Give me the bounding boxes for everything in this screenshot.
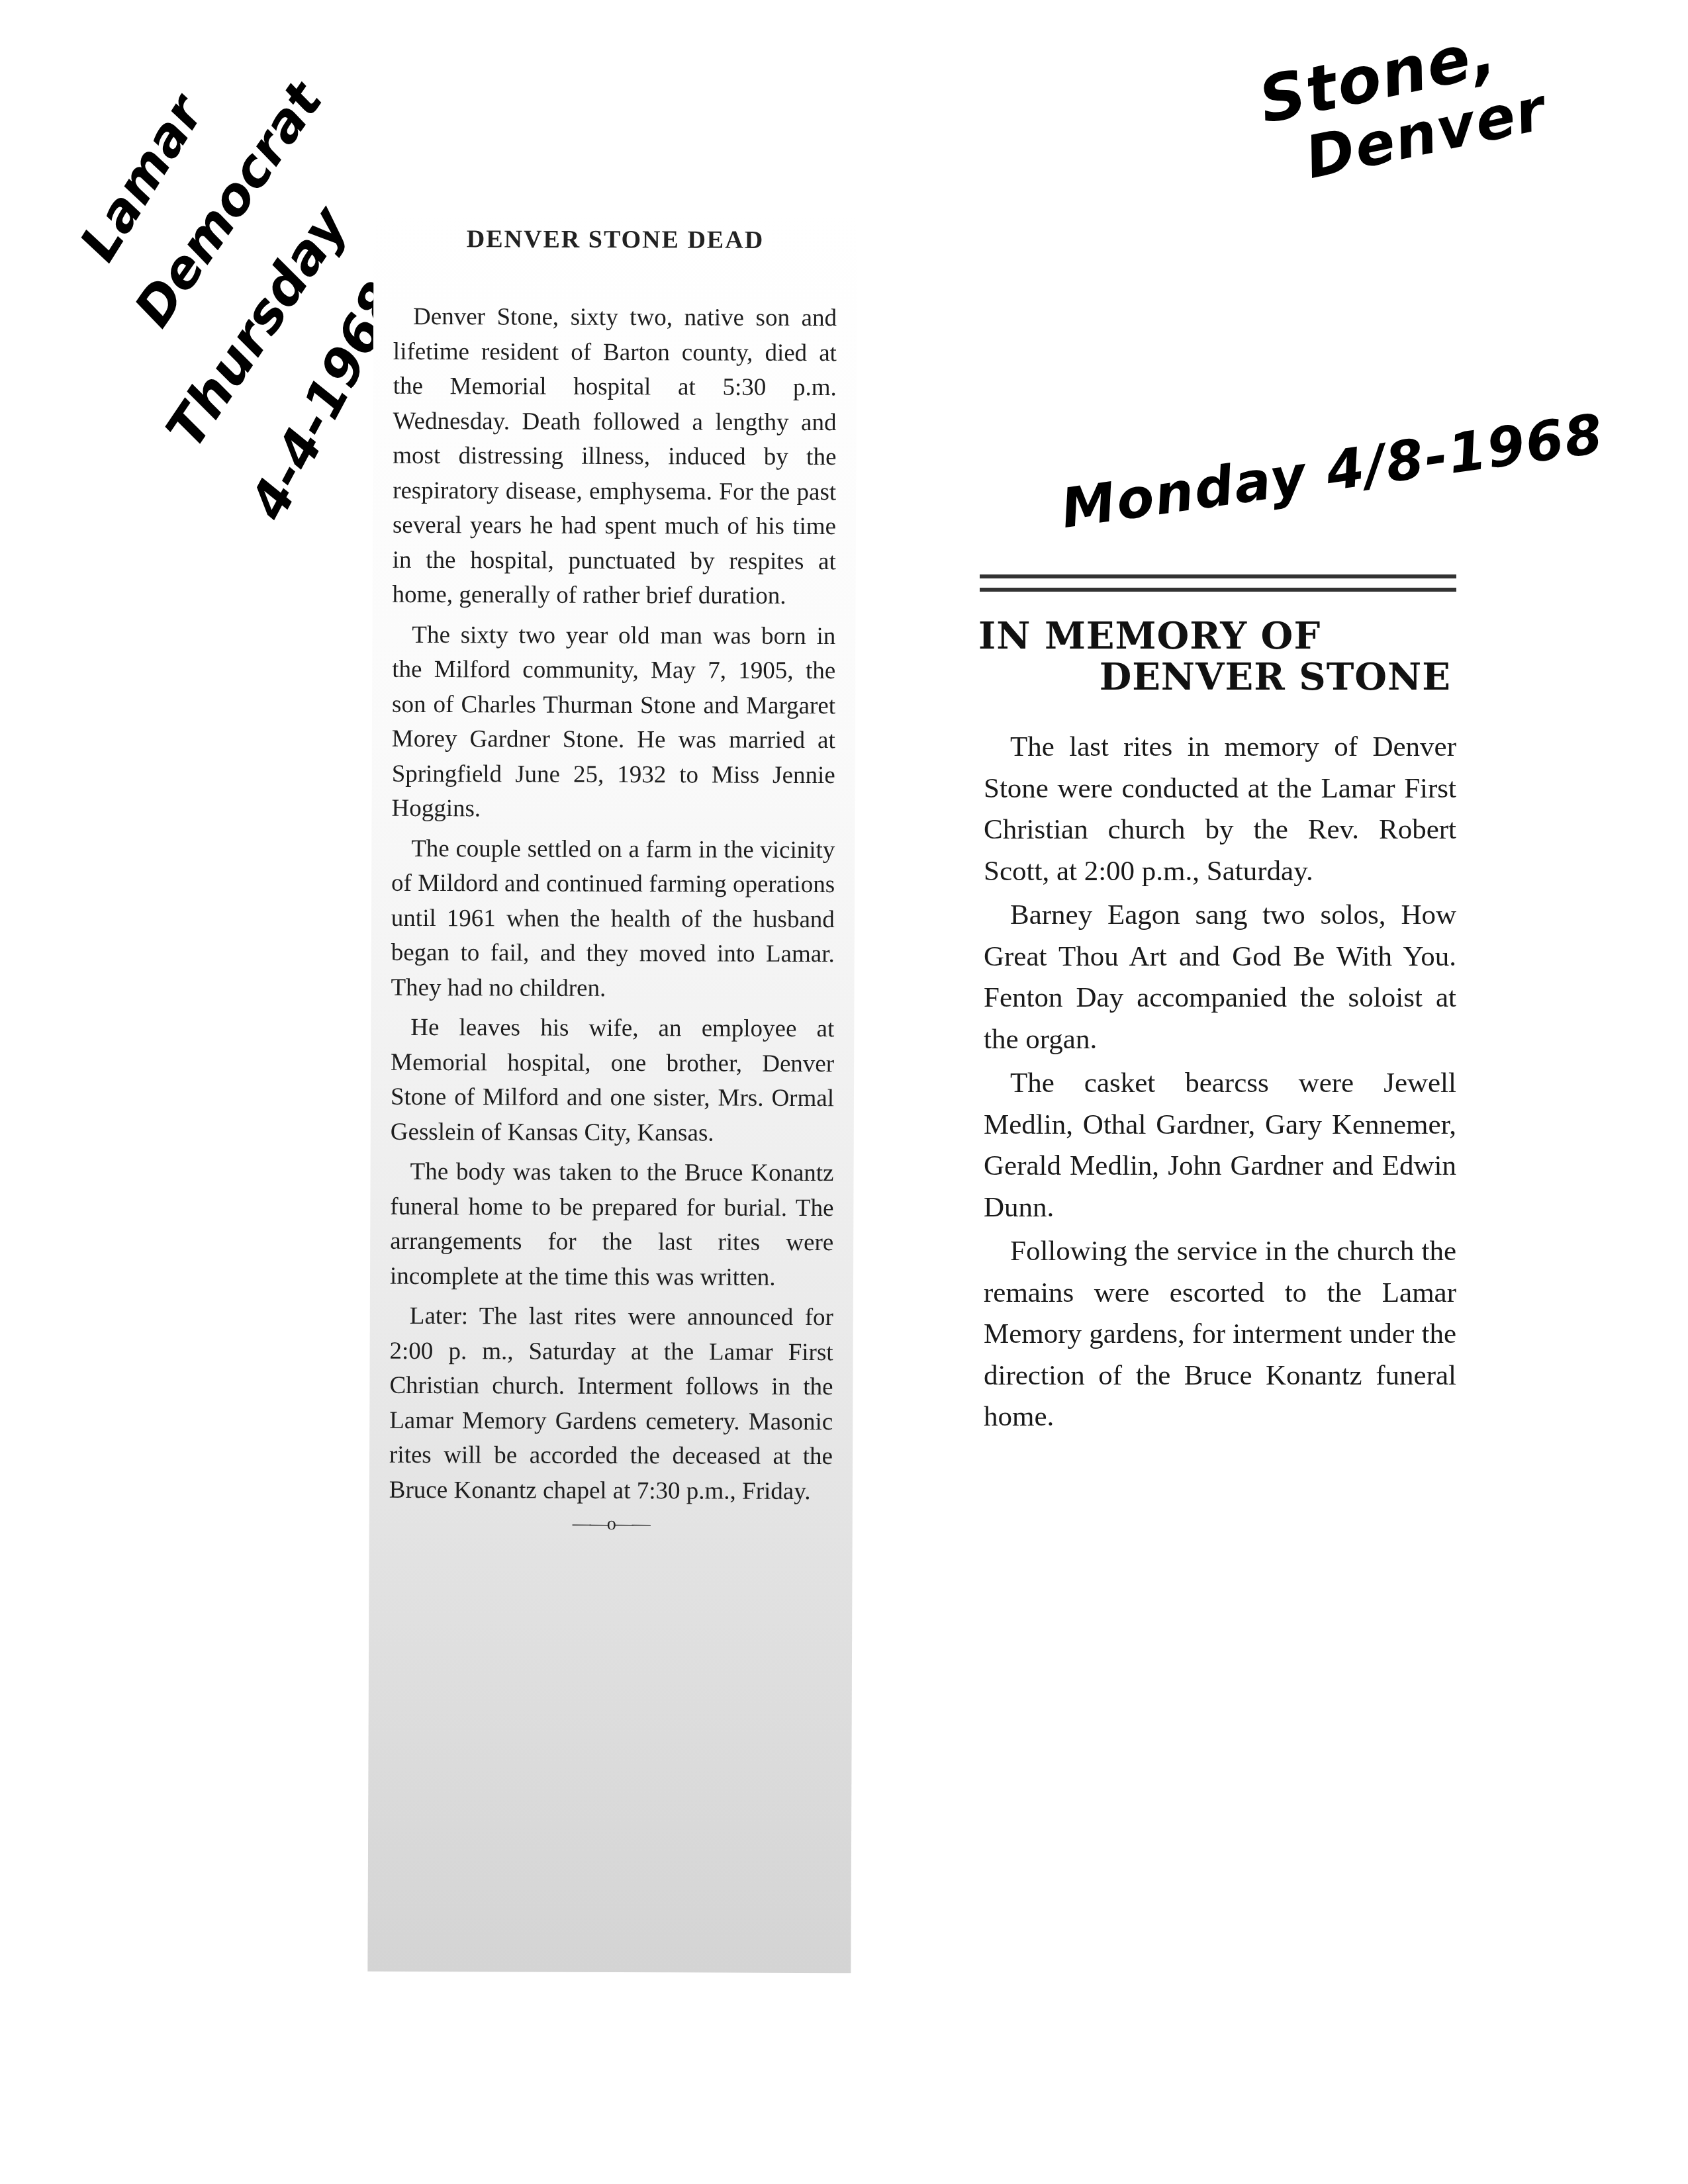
- memorial-paragraph: Barney Eagon sang two solos, How Great T…: [984, 895, 1456, 1060]
- double-rule-divider-bottom: [980, 588, 1456, 592]
- end-ornament-divider: ——o——: [389, 1513, 833, 1535]
- memorial-clipping: IN MEMORY OF DENVER STONE The last rites…: [973, 563, 1463, 1635]
- memorial-paragraph: The casket bearcss were Jewell Medlin, O…: [984, 1063, 1456, 1228]
- handwritten-monday-date: Monday 4/8-1968: [1057, 402, 1607, 541]
- double-rule-divider-top: [980, 574, 1456, 578]
- obituary-paragraph: The body was taken to the Bruce Konantz …: [390, 1155, 834, 1295]
- obituary-body: Denver Stone, sixty two, native son and …: [369, 253, 857, 1536]
- memorial-paragraph: Following the service in the church the …: [984, 1231, 1456, 1438]
- obituary-paragraph: The sixty two year old man was born in t…: [391, 617, 835, 827]
- memorial-paragraph: The last rites in memory of Denver Stone…: [984, 727, 1456, 892]
- memorial-body: The last rites in memory of Denver Stone…: [984, 727, 1456, 1441]
- obituary-headline: DENVER STONE DEAD: [373, 224, 857, 255]
- obituary-paragraph: He leaves his wife, an employee at Memor…: [391, 1011, 835, 1151]
- handwritten-source-note: Lamar Democrat Thursday 4-4-1968: [106, 132, 384, 477]
- obituary-clipping: DENVER STONE DEAD Denver Stone, sixty tw…: [367, 211, 857, 1974]
- obituary-paragraph: The couple settled on a farm in the vici…: [391, 831, 835, 1007]
- memorial-headline-line2: DENVER STONE: [1100, 655, 1451, 699]
- memorial-headline-line1: IN MEMORY OF: [978, 614, 1321, 658]
- obituary-paragraph: Denver Stone, sixty two, native son and …: [393, 300, 837, 614]
- obituary-paragraph: Later: The last rites were announced for…: [389, 1299, 833, 1509]
